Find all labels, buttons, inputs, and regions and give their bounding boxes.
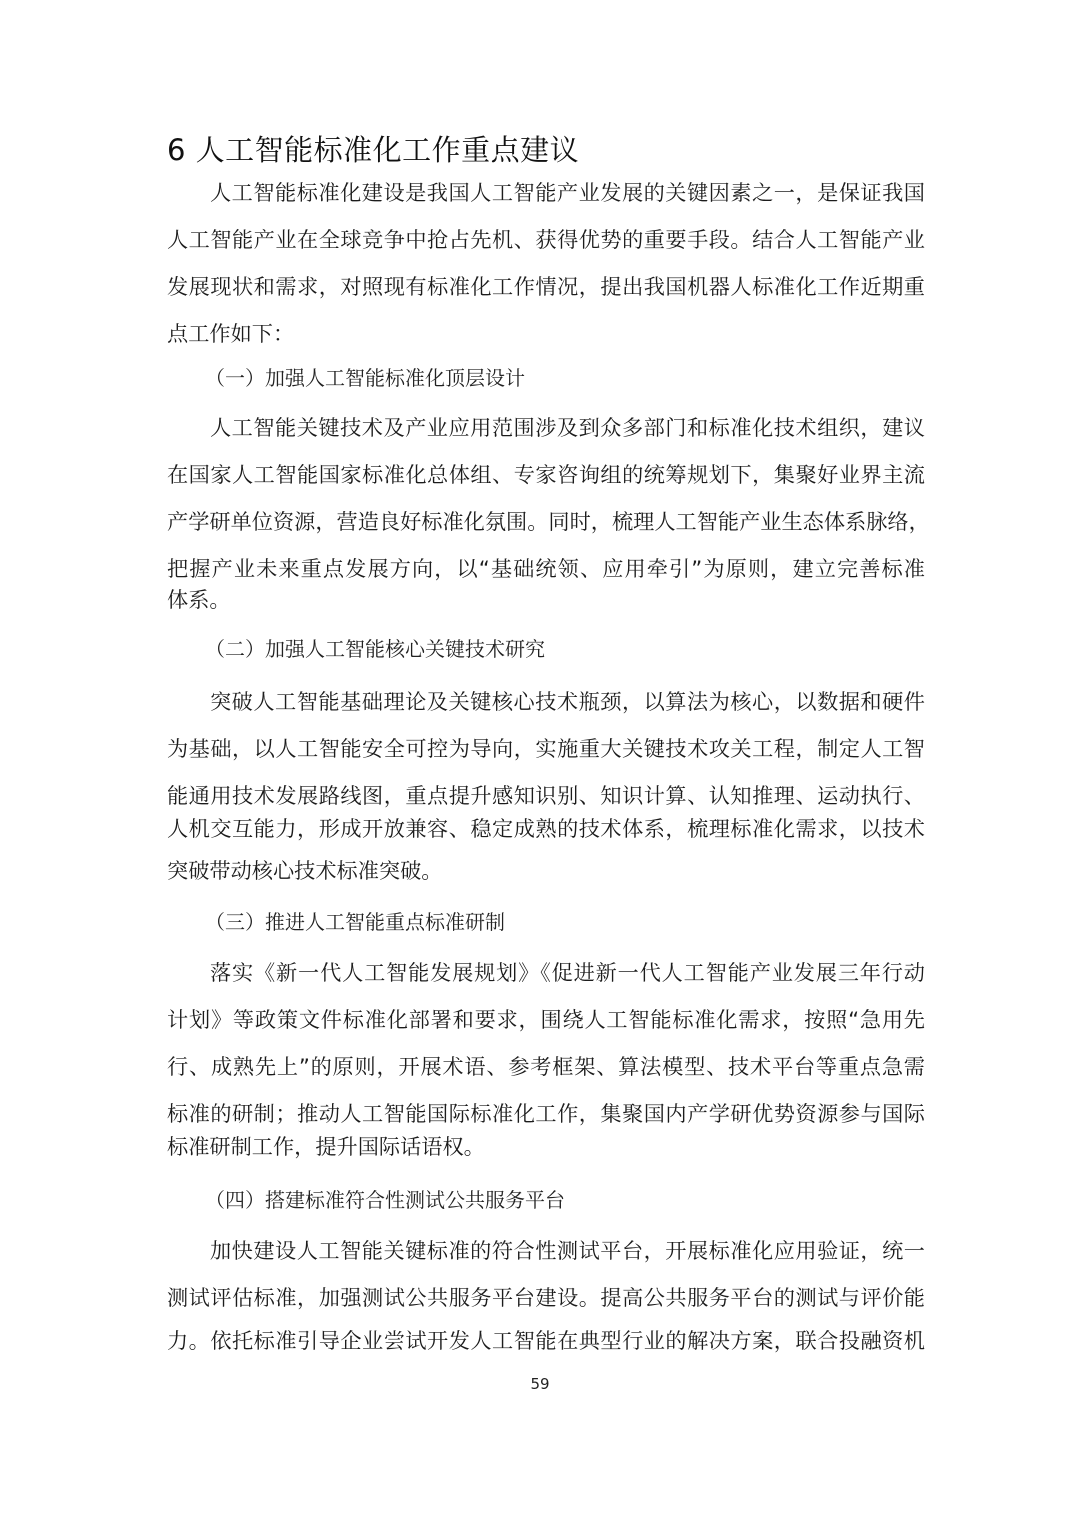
section-1-line-3: 产学研单位资源，营造良好标准化氛围。同时，梳理人工智能产业生态体系脉络， xyxy=(167,507,925,537)
intro-line-4: 点工作如下： xyxy=(167,319,925,349)
section-2-line-2: 为基础，以人工智能安全可控为导向，实施重大关键技术攻关工程，制定人工智 xyxy=(167,734,925,764)
document-page: 6 人工智能标准化工作重点建议 人工智能标准化建设是我国人工智能产业发展的关键因… xyxy=(0,0,1080,1527)
section-3-line-5: 标准研制工作，提升国际话语权。 xyxy=(167,1132,925,1162)
page-number: 59 xyxy=(0,1375,1080,1393)
section-2-line-5: 突破带动核心技术标准突破。 xyxy=(167,856,925,886)
intro-line-1: 人工智能标准化建设是我国人工智能产业发展的关键因素之一，是保证我国 xyxy=(210,178,925,208)
section-3-line-1: 落实《新一代人工智能发展规划》《促进新一代人工智能产业发展三年行动 xyxy=(210,958,925,988)
section-1-line-5: 体系。 xyxy=(167,585,925,615)
subsection-2-title: （二）加强人工智能核心关键技术研究 xyxy=(205,634,545,664)
section-2-line-3: 能通用技术发展路线图，重点提升感知识别、知识计算、认知推理、运动执行、 xyxy=(167,781,925,811)
section-1-line-4: 把握产业未来重点发展方向，以“基础统领、应用牵引”为原则，建立完善标准 xyxy=(167,554,925,584)
subsection-4-title: （四）搭建标准符合性测试公共服务平台 xyxy=(205,1185,565,1215)
section-heading: 6 人工智能标准化工作重点建议 xyxy=(167,128,579,169)
section-3-line-2: 计划》等政策文件标准化部署和要求，围绕人工智能标准化需求，按照“急用先 xyxy=(167,1005,925,1035)
section-2-line-1: 突破人工智能基础理论及关键核心技术瓶颈，以算法为核心，以数据和硬件 xyxy=(210,687,925,717)
section-1-line-1: 人工智能关键技术及产业应用范围涉及到众多部门和标准化技术组织，建议 xyxy=(210,413,925,443)
intro-line-2: 人工智能产业在全球竞争中抢占先机、获得优势的重要手段。结合人工智能产业 xyxy=(167,225,925,255)
section-2-line-4: 人机交互能力，形成开放兼容、稳定成熟的技术体系，梳理标准化需求，以技术 xyxy=(167,814,925,844)
section-1-line-2: 在国家人工智能国家标准化总体组、专家咨询组的统筹规划下，集聚好业界主流 xyxy=(167,460,925,490)
subsection-3-title: （三）推进人工智能重点标准研制 xyxy=(205,907,505,937)
section-4-line-2: 测试评估标准，加强测试公共服务平台建设。提高公共服务平台的测试与评价能 xyxy=(167,1283,925,1313)
section-3-line-3: 行、成熟先上”的原则，开展术语、参考框架、算法模型、技术平台等重点急需 xyxy=(167,1052,925,1082)
section-3-line-4: 标准的研制；推动人工智能国际标准化工作，集聚国内产学研优势资源参与国际 xyxy=(167,1099,925,1129)
section-4-line-3: 力。依托标准引导企业尝试开发人工智能在典型行业的解决方案，联合投融资机 xyxy=(167,1326,925,1356)
section-4-line-1: 加快建设人工智能关键标准的符合性测试平台，开展标准化应用验证，统一 xyxy=(210,1236,925,1266)
intro-line-3: 发展现状和需求，对照现有标准化工作情况，提出我国机器人标准化工作近期重 xyxy=(167,272,925,302)
subsection-1-title: （一）加强人工智能标准化顶层设计 xyxy=(205,363,525,393)
